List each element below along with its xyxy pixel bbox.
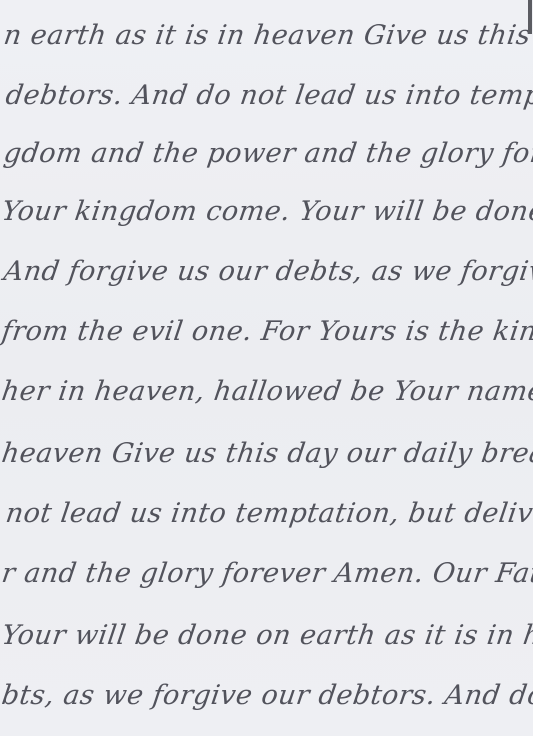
script-line-9: not lead us into temptation, but deliver… bbox=[4, 500, 533, 527]
script-line-7: her in heaven, hallowed be Your name. Yo… bbox=[0, 378, 533, 405]
script-line-6: from the evil one. For Yours is the king… bbox=[0, 318, 533, 345]
script-line-2: debtors. And do not lead us into temptat… bbox=[4, 82, 533, 109]
edge-bar bbox=[528, 0, 532, 34]
script-line-5: And forgive us our debts, as we forgive … bbox=[2, 258, 533, 285]
script-pattern-canvas: n earth as it is in heaven Give us this … bbox=[0, 0, 533, 736]
script-line-10: r and the glory forever Amen. Our Father… bbox=[0, 560, 533, 587]
script-line-11: Your will be done on earth as it is in h… bbox=[0, 622, 533, 649]
script-line-4: Your kingdom come. Your will be done on … bbox=[0, 198, 533, 225]
script-line-12: bts, as we forgive our debtors. And do n… bbox=[0, 682, 533, 709]
script-line-3: gdom and the power and the glory forever… bbox=[2, 140, 533, 167]
script-line-8: heaven Give us this day our daily bread … bbox=[0, 440, 533, 467]
script-line-1: n earth as it is in heaven Give us this … bbox=[2, 22, 533, 49]
